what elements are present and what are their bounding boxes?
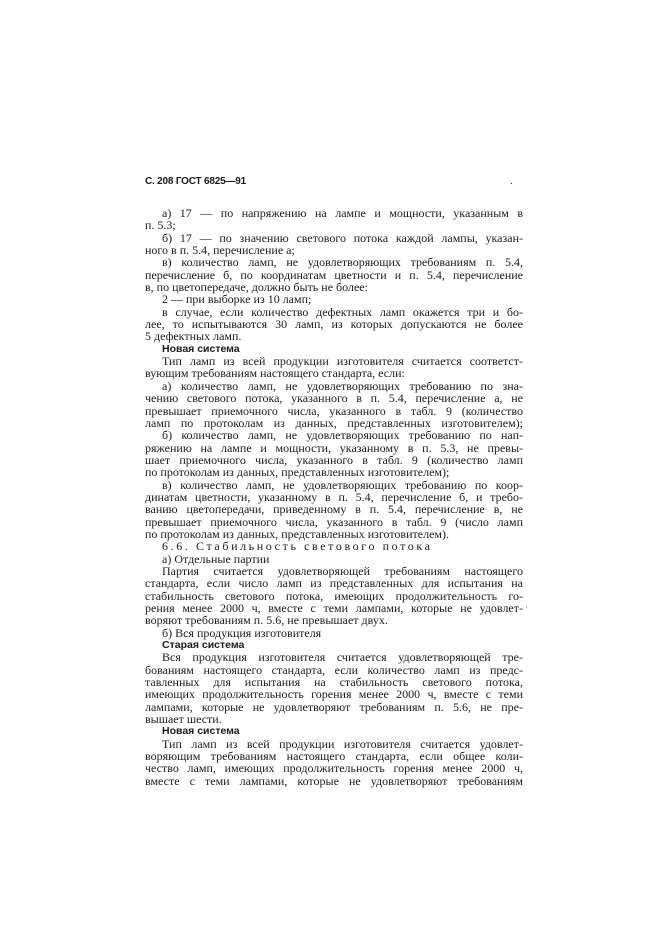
text-line: вышает шести. (145, 713, 523, 725)
text-line: превышает приемочного числа, указанного … (145, 405, 523, 417)
text-line: ванию цветопередачи, приведенному в п. 5… (145, 503, 523, 515)
text-line: стандарта, если число ламп из представле… (145, 577, 523, 589)
running-header: С. 208 ГОСТ 6825—91 . (145, 176, 523, 188)
text-line: б) Вся продукция изготовителя (145, 627, 523, 639)
text-line: вующим требованиям настоящего стандарта,… (145, 367, 523, 379)
text-line: п. 5.3; (145, 219, 523, 231)
text-line: в) количество ламп, не удовлетворяющих т… (145, 256, 523, 268)
body-text: а) 17 — по напряжению на лампе и мощност… (145, 207, 523, 787)
running-title: С. 208 ГОСТ 6825—91 (145, 176, 246, 187)
text-line: 2 — при выборке из 10 ламп; (145, 293, 523, 305)
document-page: С. 208 ГОСТ 6825—91 . а) 17 — по напряже… (145, 176, 523, 787)
section-subheading: Новая система (145, 725, 523, 737)
text-line: чество ламп, имеющих продолжительность г… (145, 762, 523, 774)
text-line: вместе с теми лампами, которые не удовле… (145, 775, 523, 787)
text-line: воряют требованиям п. 5.6, не превышает … (145, 614, 523, 626)
text-line: чению светового потока, указанного в п. … (145, 392, 523, 404)
text-line: Вся продукция изготовителя считается удо… (145, 651, 523, 663)
corner-mark: . (510, 176, 513, 188)
text-line: имеющих продолжительность горения менее … (145, 688, 523, 700)
margin-mark: · (525, 603, 528, 612)
text-line: по протоколам из данных, представленных … (145, 466, 523, 478)
text-line: 5 дефектных ламп. (145, 330, 523, 342)
text-line: а) 17 — по напряжению на лампе и мощност… (145, 207, 523, 219)
text-line: б) количество ламп, не удовлетворяющих т… (145, 429, 523, 441)
section-heading: 6.6. Стабильность светового потока (145, 540, 523, 552)
